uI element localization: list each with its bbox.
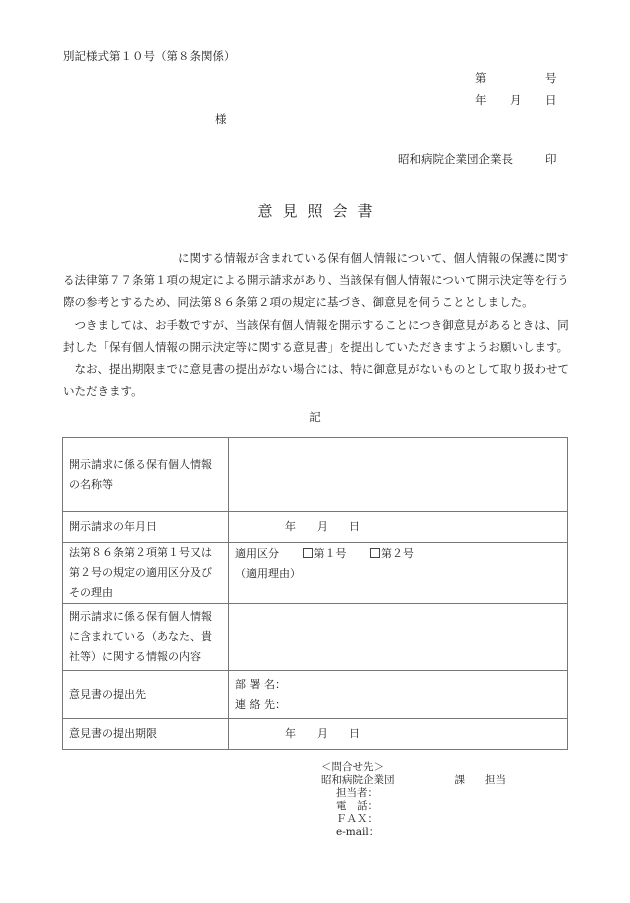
day-label: 日: [349, 724, 360, 744]
contact-info: ＜問合せ先＞ 昭和病院企業団課担当 担当者： 電 話： ＦＡＸ： e-mail：: [321, 761, 506, 839]
number-suffix: 号: [545, 70, 557, 86]
info-content-field[interactable]: [229, 604, 568, 671]
seal-mark: 印: [545, 151, 557, 167]
option-2-checkbox[interactable]: 第２号: [370, 547, 414, 560]
paragraph-1: に関する情報が含まれている保有個人情報について、個人情報の保護に関する法律第７７…: [63, 247, 569, 314]
table-row: 開示請求の年月日 年月日: [63, 512, 568, 543]
contact-fax: ＦＡＸ：: [321, 813, 506, 826]
paragraph-2: つきましては、お手数ですが、当該保有個人情報を開示することにつき御意見があるとき…: [63, 314, 569, 358]
date-day: 日: [545, 92, 557, 108]
reason-label[interactable]: （適用理由）: [235, 564, 561, 584]
contact-person: 担当者：: [321, 787, 506, 800]
checkbox-icon: [303, 548, 313, 558]
submission-destination-field: 部 署 名： 連 絡 先：: [229, 671, 568, 719]
deadline-date-field[interactable]: 年月日: [229, 719, 568, 750]
contact-phone: 電 話：: [321, 800, 506, 813]
category-label: 適用区分: [235, 547, 279, 560]
table-row: 意見書の提出期限 年月日: [63, 719, 568, 750]
contact-charge: 担当: [485, 774, 506, 786]
row-label: 開示請求の年月日: [63, 512, 229, 543]
year-label: 年: [285, 724, 317, 744]
row-label: 法第８６条第２項第１号又は第２号の規定の適用区分及びその理由: [63, 543, 229, 604]
issuer-name: 昭和病院企業団企業長: [398, 151, 513, 167]
ki-heading: 記: [0, 409, 630, 425]
contact-org-line: 昭和病院企業団課担当: [321, 774, 506, 787]
inquiry-table: 開示請求に係る保有個人情報の名称等 開示請求の年月日 年月日 法第８６条第２項第…: [62, 437, 568, 750]
number-prefix: 第: [475, 70, 487, 86]
year-label: 年: [285, 517, 317, 537]
contact-email: e-mail：: [321, 826, 506, 839]
table-row: 法第８６条第２項第１号又は第２号の規定の適用区分及びその理由 適用区分 第１号 …: [63, 543, 568, 604]
contact-org: 昭和病院企業団: [321, 774, 395, 786]
document-title: 意見照会書: [0, 200, 630, 221]
department-label[interactable]: 部 署 名：: [235, 675, 561, 695]
body-text: に関する情報が含まれている保有個人情報について、個人情報の保護に関する法律第７７…: [63, 247, 569, 402]
contact-label[interactable]: 連 絡 先：: [235, 695, 561, 715]
form-label: 別記様式第１０号（第８条関係）: [63, 48, 236, 64]
contact-heading: ＜問合せ先＞: [321, 761, 506, 774]
contact-section: 課: [455, 774, 466, 786]
request-date-field[interactable]: 年月日: [229, 512, 568, 543]
table-row: 開示請求に係る保有個人情報に含まれている（あなた、貴社等）に関する情報の内容: [63, 604, 568, 671]
option-1-checkbox[interactable]: 第１号: [303, 547, 347, 560]
day-label: 日: [349, 517, 360, 537]
row-label: 開示請求に係る保有個人情報に含まれている（あなた、貴社等）に関する情報の内容: [63, 604, 229, 671]
month-label: 月: [317, 517, 349, 537]
row-label: 開示請求に係る保有個人情報の名称等: [63, 438, 229, 512]
addressee-suffix: 様: [215, 111, 227, 127]
category-field: 適用区分 第１号 第２号 （適用理由）: [229, 543, 568, 604]
table-row: 開示請求に係る保有個人情報の名称等: [63, 438, 568, 512]
table-row: 意見書の提出先 部 署 名： 連 絡 先：: [63, 671, 568, 719]
date-year: 年: [475, 92, 487, 108]
row-label: 意見書の提出期限: [63, 719, 229, 750]
checkbox-icon: [370, 548, 380, 558]
date-month: 月: [510, 92, 522, 108]
info-name-field[interactable]: [229, 438, 568, 512]
paragraph-3: なお、提出期限までに意見書の提出がない場合には、特に御意見がないものとして取り扱…: [63, 358, 569, 402]
row-label: 意見書の提出先: [63, 671, 229, 719]
month-label: 月: [317, 724, 349, 744]
